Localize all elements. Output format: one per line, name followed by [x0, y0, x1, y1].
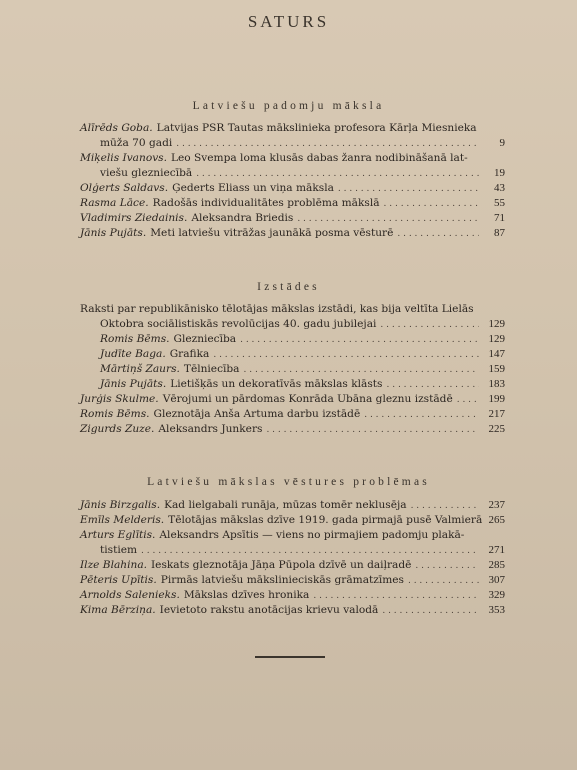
entry-author: Romis Bēms.: [80, 407, 150, 422]
entry-title: Latvijas PSR Tautas mākslinieka profesor…: [157, 121, 477, 136]
entry-page-number: 9: [483, 136, 505, 151]
entry-title: Ģederts Eliass un viņa māksla: [172, 181, 334, 196]
dot-leader: [457, 392, 479, 408]
section-heading: Latviešu padomju māksla: [0, 100, 577, 112]
entry-page-number: 159: [483, 362, 505, 377]
entry-title: Tēlniecība: [184, 362, 240, 377]
dot-leader: [266, 422, 479, 438]
entry-title: Ieskats gleznotāja Jāņa Pūpola dzīvē un …: [151, 558, 411, 573]
page-title: SATURS: [0, 12, 577, 32]
entry-author: Vladimirs Ziedainis.: [80, 211, 187, 226]
dot-leader: [380, 317, 479, 333]
dot-leader: [297, 211, 479, 227]
entry-title: Vērojumi un pārdomas Konrāda Ubāna glezn…: [163, 392, 453, 407]
entry-page-number: 217: [483, 407, 505, 422]
toc-entry[interactable]: Jānis Pujāts. Lietišķās un dekoratīvās m…: [80, 377, 505, 392]
entry-page-number: 225: [483, 422, 505, 437]
entry-author: Jānis Birzgalis.: [80, 498, 160, 513]
entry-author: Alīrēds Goba.: [80, 121, 153, 136]
entry-title-cont: mūža 70 gadi: [100, 136, 172, 151]
dot-leader: [364, 407, 479, 423]
toc-entry[interactable]: Rasma Lāce. Radošās individualitātes pro…: [80, 196, 505, 211]
entry-page-number: 285: [483, 558, 505, 573]
entry-author: Miķelis Ivanovs.: [80, 151, 167, 166]
entry-title: Tēlotājas mākslas dzīve 1919. gada pirma…: [168, 513, 482, 528]
entry-page-number: 199: [483, 392, 505, 407]
dot-leader: [244, 362, 480, 378]
toc-entry[interactable]: Jānis Pujāts. Meti latviešu vitrāžas jau…: [80, 226, 505, 241]
toc-entry[interactable]: Zigurds Zuze. Aleksandrs Junkers 225: [80, 422, 505, 437]
toc-entry[interactable]: Romis Bēms. Glezniecība 129: [80, 332, 505, 347]
dot-leader: [415, 558, 479, 574]
entry-author: Judīte Baga.: [100, 347, 166, 362]
dot-leader: [240, 332, 479, 348]
entry-title: Raksti par republikānisko tēlotājas māks…: [80, 302, 474, 317]
toc-entry[interactable]: Jānis Birzgalis. Kad lielgabali runāja, …: [80, 498, 505, 513]
entry-title: Radošās individualitātes problēma mākslā: [153, 196, 380, 211]
entry-page-number: 19: [483, 166, 505, 181]
toc-entry[interactable]: Emīls Melderis. Tēlotājas mākslas dzīve …: [80, 513, 505, 528]
entry-title: Gleznotāja Anša Artuma darbu izstādē: [154, 407, 361, 422]
toc-section-1: Alīrēds Goba. Latvijas PSR Tautas māksli…: [80, 121, 505, 241]
toc-entry[interactable]: Alīrēds Goba. Latvijas PSR Tautas māksli…: [80, 121, 505, 151]
entry-author: Arturs Eglītis.: [80, 528, 155, 543]
entry-author: Kima Bērziņa.: [80, 603, 156, 618]
dot-leader: [408, 573, 479, 589]
entry-author: Emīls Melderis.: [80, 513, 164, 528]
dot-leader: [411, 498, 479, 514]
entry-page-number: 237: [483, 498, 505, 513]
entry-title: Meti latviešu vitrāžas jaunākā posma vēs…: [150, 226, 393, 241]
dot-leader: [338, 181, 479, 197]
entry-page-number: 43: [483, 181, 505, 196]
dot-leader: [176, 136, 479, 152]
entry-author: Olģerts Saldavs.: [80, 181, 168, 196]
toc-entry[interactable]: Jurģis Skulme. Vērojumi un pārdomas Konr…: [80, 392, 505, 407]
entry-author: Jānis Pujāts.: [80, 226, 146, 241]
entry-page-number: 329: [483, 588, 505, 603]
toc-entry[interactable]: Pēteris Upītis. Pirmās latviešu mākslini…: [80, 573, 505, 588]
dot-leader: [213, 347, 479, 363]
entry-title: Glezniecība: [174, 332, 237, 347]
toc-entry[interactable]: Vladimirs Ziedainis. Aleksandra Briedis …: [80, 211, 505, 226]
entry-title: Ievietoto rakstu anotācijas krievu valod…: [160, 603, 379, 618]
entry-title: Aleksandrs Junkers: [158, 422, 262, 437]
entry-page-number: 147: [483, 347, 505, 362]
table-of-contents-page: SATURS Latviešu padomju māksla Alīrēds G…: [0, 0, 577, 770]
entry-page-number: 87: [483, 226, 505, 241]
entry-page-number: 271: [483, 543, 505, 558]
entry-title: Grafika: [170, 347, 210, 362]
entry-page-number: 353: [483, 603, 505, 618]
toc-entry[interactable]: Olģerts Saldavs. Ģederts Eliass un viņa …: [80, 181, 505, 196]
entry-page-number: 183: [483, 377, 505, 392]
entry-title: Lietišķās un dekoratīvās mākslas klāsts: [170, 377, 382, 392]
entry-author: Jurģis Skulme.: [80, 392, 159, 407]
entry-author: Pēteris Upītis.: [80, 573, 157, 588]
entry-page-number: 307: [483, 573, 505, 588]
entry-title-cont: tistiem: [100, 543, 137, 558]
dot-leader: [196, 166, 479, 182]
toc-entry[interactable]: Arnolds Salenieks. Mākslas dzīves hronik…: [80, 588, 505, 603]
toc-entry[interactable]: Romis Bēms. Gleznotāja Anša Artuma darbu…: [80, 407, 505, 422]
entry-page-number: 129: [483, 332, 505, 347]
entry-author: Zigurds Zuze.: [80, 422, 154, 437]
toc-entry[interactable]: Miķelis Ivanovs. Leo Svempa loma klusās …: [80, 151, 505, 181]
dot-leader: [313, 588, 479, 604]
dot-leader: [384, 196, 479, 212]
toc-entry[interactable]: Kima Bērziņa. Ievietoto rakstu anotācija…: [80, 603, 505, 618]
entry-title: Aleksandra Briedis: [191, 211, 293, 226]
entry-author: Ilze Blahina.: [80, 558, 147, 573]
entry-author: Rasma Lāce.: [80, 196, 149, 211]
entry-title: Aleksandrs Apsītis — viens no pirmajiem …: [159, 528, 464, 543]
entry-author: Mārtiņš Zaurs.: [100, 362, 180, 377]
dot-leader: [387, 377, 480, 393]
entry-page-number: 55: [483, 196, 505, 211]
section-heading: Latviešu mākslas vēstures problēmas: [0, 476, 577, 488]
entry-author: Jānis Pujāts.: [100, 377, 166, 392]
entry-title: Leo Svempa loma klusās dabas žanra nodib…: [171, 151, 468, 166]
toc-section-3: Jānis Birzgalis. Kad lielgabali runāja, …: [80, 498, 505, 618]
entry-title-cont: viešu glezniecībā: [100, 166, 192, 181]
toc-entry[interactable]: Arturs Eglītis. Aleksandrs Apsītis — vie…: [80, 528, 505, 558]
dot-leader: [141, 543, 479, 559]
entry-page-number: 71: [483, 211, 505, 226]
end-rule: [255, 656, 325, 658]
entry-title: Mākslas dzīves hronika: [184, 588, 310, 603]
dot-leader: [397, 226, 479, 242]
entry-page-number: 265: [486, 513, 505, 528]
entry-title: Pirmās latviešu mākslinieciskās grāmatzī…: [161, 573, 404, 588]
entry-title: Kad lielgabali runāja, mūzas tomēr neklu…: [164, 498, 407, 513]
entry-author: Arnolds Salenieks.: [80, 588, 180, 603]
entry-title-cont: Oktobra sociālistiskās revolūcijas 40. g…: [100, 317, 376, 332]
entry-author: Romis Bēms.: [100, 332, 170, 347]
toc-entry[interactable]: Mārtiņš Zaurs. Tēlniecība 159: [80, 362, 505, 377]
toc-section-2: Raksti par republikānisko tēlotājas māks…: [80, 302, 505, 437]
dot-leader: [382, 603, 479, 619]
entry-page-number: 129: [483, 317, 505, 332]
toc-entry[interactable]: Raksti par republikānisko tēlotājas māks…: [80, 302, 505, 332]
toc-entry[interactable]: Ilze Blahina. Ieskats gleznotāja Jāņa Pū…: [80, 558, 505, 573]
toc-entry[interactable]: Judīte Baga. Grafika 147: [80, 347, 505, 362]
section-heading: Izstādes: [0, 281, 577, 293]
